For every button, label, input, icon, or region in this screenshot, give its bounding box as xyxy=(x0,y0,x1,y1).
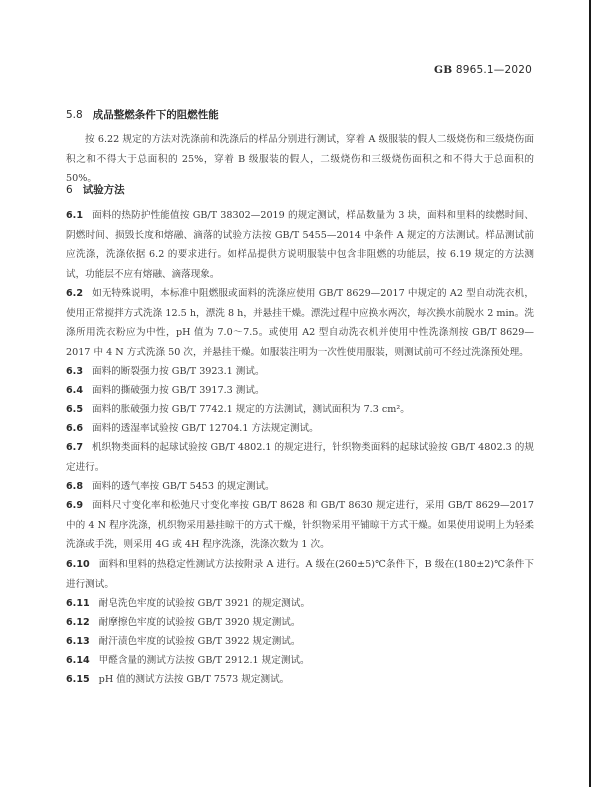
clause-6-15: 6.15pH 值的测试方法按 GB/T 7573 规定测试。 xyxy=(66,670,534,690)
clause-6-3: 6.3面料的断裂强力按 GB/T 3923.1 测试。 xyxy=(66,362,534,382)
clause-6-8: 6.8面料的透气率按 GB/T 5453 的规定测试。 xyxy=(66,477,534,497)
clause-6-2: 6.2如无特殊说明，本标准中阻燃服或面料的洗涤应使用 GB/T 8629—201… xyxy=(66,284,534,362)
section-heading-5-8: 5.8成品整燃条件下的阻燃性能 xyxy=(66,107,219,122)
clause-6-6: 6.6面料的透湿率试验按 GB/T 12704.1 方法规定测试。 xyxy=(66,419,534,439)
page-header: GB 8965.1—2020 xyxy=(434,64,532,76)
clause-6-11: 6.11耐皂洗色牢度的试验按 GB/T 3921 的规定测试。 xyxy=(66,594,534,614)
clause-6-14: 6.14甲醛含量的测试方法按 GB/T 2912.1 规定测试。 xyxy=(66,651,534,671)
standard-prefix: GB xyxy=(434,64,452,76)
clause-6-4: 6.4面料的撕破强力按 GB/T 3917.3 测试。 xyxy=(66,381,534,401)
standard-number: 8965.1—2020 xyxy=(456,64,532,76)
clause-6-9: 6.9面料尺寸变化率和松弛尺寸变化率按 GB/T 8628 和 GB/T 863… xyxy=(66,496,534,555)
clause-6-12: 6.12耐摩擦色牢度的试验按 GB/T 3920 规定测试。 xyxy=(66,613,534,633)
section-heading-6: 6试验方法 xyxy=(66,182,125,197)
clause-6-13: 6.13耐汗渍色牢度的试验按 GB/T 3922 规定测试。 xyxy=(66,632,534,652)
clause-6-10: 6.10面料和里料的热稳定性测试方法按附录 A 进行。A 级在(260±5)℃条… xyxy=(66,555,534,594)
clause-6-1: 6.1面料的热防护性能值按 GB/T 38302—2019 的规定测试，样品数量… xyxy=(66,206,534,284)
clause-6-7: 6.7机织物类面料的起球试验按 GB/T 4802.1 的规定进行，针织物类面料… xyxy=(66,438,534,477)
section-5-8-body: 按 6.22 规定的方法对洗涤前和洗涤后的样品分别进行测试，穿着 A 级服装的假… xyxy=(66,130,534,189)
page-edge-line xyxy=(589,0,591,787)
clause-6-5: 6.5面料的胀破强力按 GB/T 7742.1 规定的方法测试，测试面积为 7.… xyxy=(66,400,534,420)
